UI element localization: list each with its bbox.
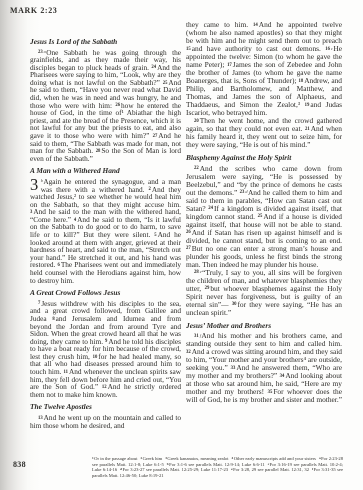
verse-number: 19 — [305, 103, 311, 108]
verse-number: 35 — [268, 390, 274, 395]
verse-number: 17 — [227, 63, 233, 68]
verse-number: 6 — [57, 263, 60, 268]
bible-paragraph: 22And the scribes who came down from Jer… — [186, 165, 342, 269]
verse-number: 3 — [30, 210, 33, 215]
crossref-letter: e — [200, 269, 202, 274]
verse-number: 28 — [96, 149, 102, 154]
footnote-text: For 3:28, 29 see parallel Matt. 12:31, 3… — [233, 467, 312, 472]
footnotes-block: 1Or in the passage about2Greek him3Greek… — [92, 456, 343, 479]
footnote-text: For 3:23-27 see parallels Matt. 12:25-29… — [123, 467, 232, 472]
verse-number: 4 — [74, 218, 77, 223]
crossref-letter: d — [245, 189, 248, 194]
verse-number: 5 — [154, 233, 157, 238]
verse-number: 23 — [38, 50, 44, 55]
text-column-right: they came to him. 14And he appointed twe… — [186, 21, 342, 404]
bible-paragraph: they came to him. 14And he appointed twe… — [186, 21, 342, 117]
bible-paragraph: 31fAnd his mother and his brothers came,… — [186, 332, 342, 404]
verse-number: 27 — [153, 134, 159, 139]
crossref-letter: a — [44, 49, 47, 54]
footnote-text: Other early manuscripts add and your sis… — [234, 456, 319, 461]
verse-number: 9 — [105, 339, 108, 344]
verse-number: 26 — [186, 230, 192, 235]
crossref-letter: f — [200, 333, 202, 338]
verse-number: 25 — [258, 214, 264, 219]
verse-number: 11 — [64, 370, 69, 375]
bible-page: MARK 2:23 Jesus Is Lord of the Sabbath23… — [0, 0, 363, 490]
section-heading: A Man with a Withered Hand — [30, 167, 181, 175]
verse-number: 29 — [205, 286, 211, 291]
verse-number: 28 — [194, 270, 200, 275]
verse-number: 34 — [280, 374, 286, 379]
verse-number: 18 — [298, 79, 304, 84]
bible-paragraph: 13And he went up on the mountain and cal… — [30, 414, 181, 429]
verse-number: 8 — [52, 317, 55, 322]
verse-number: 10 — [93, 355, 99, 360]
section-heading: Blasphemy Against the Holy Spirit — [186, 154, 342, 162]
verse-number: 2 — [149, 187, 152, 192]
page-number: 838 — [13, 460, 26, 469]
verse-number: 24 — [208, 206, 214, 211]
verse-number: 26 — [115, 103, 121, 108]
bible-paragraph: 28e“Truly, I say to you, all sins will b… — [186, 269, 342, 317]
running-head: MARK 2:23 — [10, 6, 57, 15]
section-heading: The Twelve Apostles — [30, 403, 181, 411]
verse-number: 20 — [194, 119, 200, 124]
verse-number: 31 — [194, 334, 200, 339]
verse-number: 13 — [38, 416, 44, 421]
footnote-text: Greek kananaios, meaning zealot — [167, 456, 231, 461]
crossref-letter: b — [41, 178, 44, 183]
verse-number: 21 — [305, 127, 311, 132]
footnote-text: For 3:1-6 see parallels Matt. 12:9-14; L… — [169, 462, 268, 467]
verse-number: 24 — [151, 65, 157, 70]
bible-paragraph: 23aOne Sabbath he was going through the … — [30, 49, 181, 163]
verse-number: 30 — [232, 302, 238, 307]
chapter-number: 3 — [30, 178, 41, 193]
verse-number: 7 — [38, 301, 41, 306]
verse-number: 33 — [231, 366, 237, 371]
footnote-text: Greek him — [143, 456, 166, 461]
text-column-left: Jesus Is Lord of the Sabbath23aOne Sabba… — [30, 38, 181, 429]
verse-number: 27 — [186, 246, 192, 251]
verse-number: 15 — [186, 47, 192, 52]
footnote-text: Or in the passage about — [94, 456, 140, 461]
bible-paragraph: 3bAgain he entered the synagogue, and a … — [30, 178, 181, 284]
bible-paragraph: 20Then he went home, and the crowd gathe… — [186, 117, 342, 149]
verse-number: 25 — [163, 81, 169, 86]
bible-paragraph: 7Jesus withdrew with his disciples to th… — [30, 300, 181, 399]
crossref-letter: c — [331, 46, 333, 51]
verse-number: 14 — [253, 23, 259, 28]
verse-number: 22 — [194, 166, 200, 171]
verse-number: 32 — [186, 350, 192, 355]
section-heading: Jesus Is Lord of the Sabbath — [30, 38, 181, 46]
section-heading: A Great Crowd Follows Jesus — [30, 289, 181, 297]
section-heading: Jesus’ Mother and Brothers — [186, 322, 342, 330]
verse-number: 12 — [102, 385, 108, 390]
